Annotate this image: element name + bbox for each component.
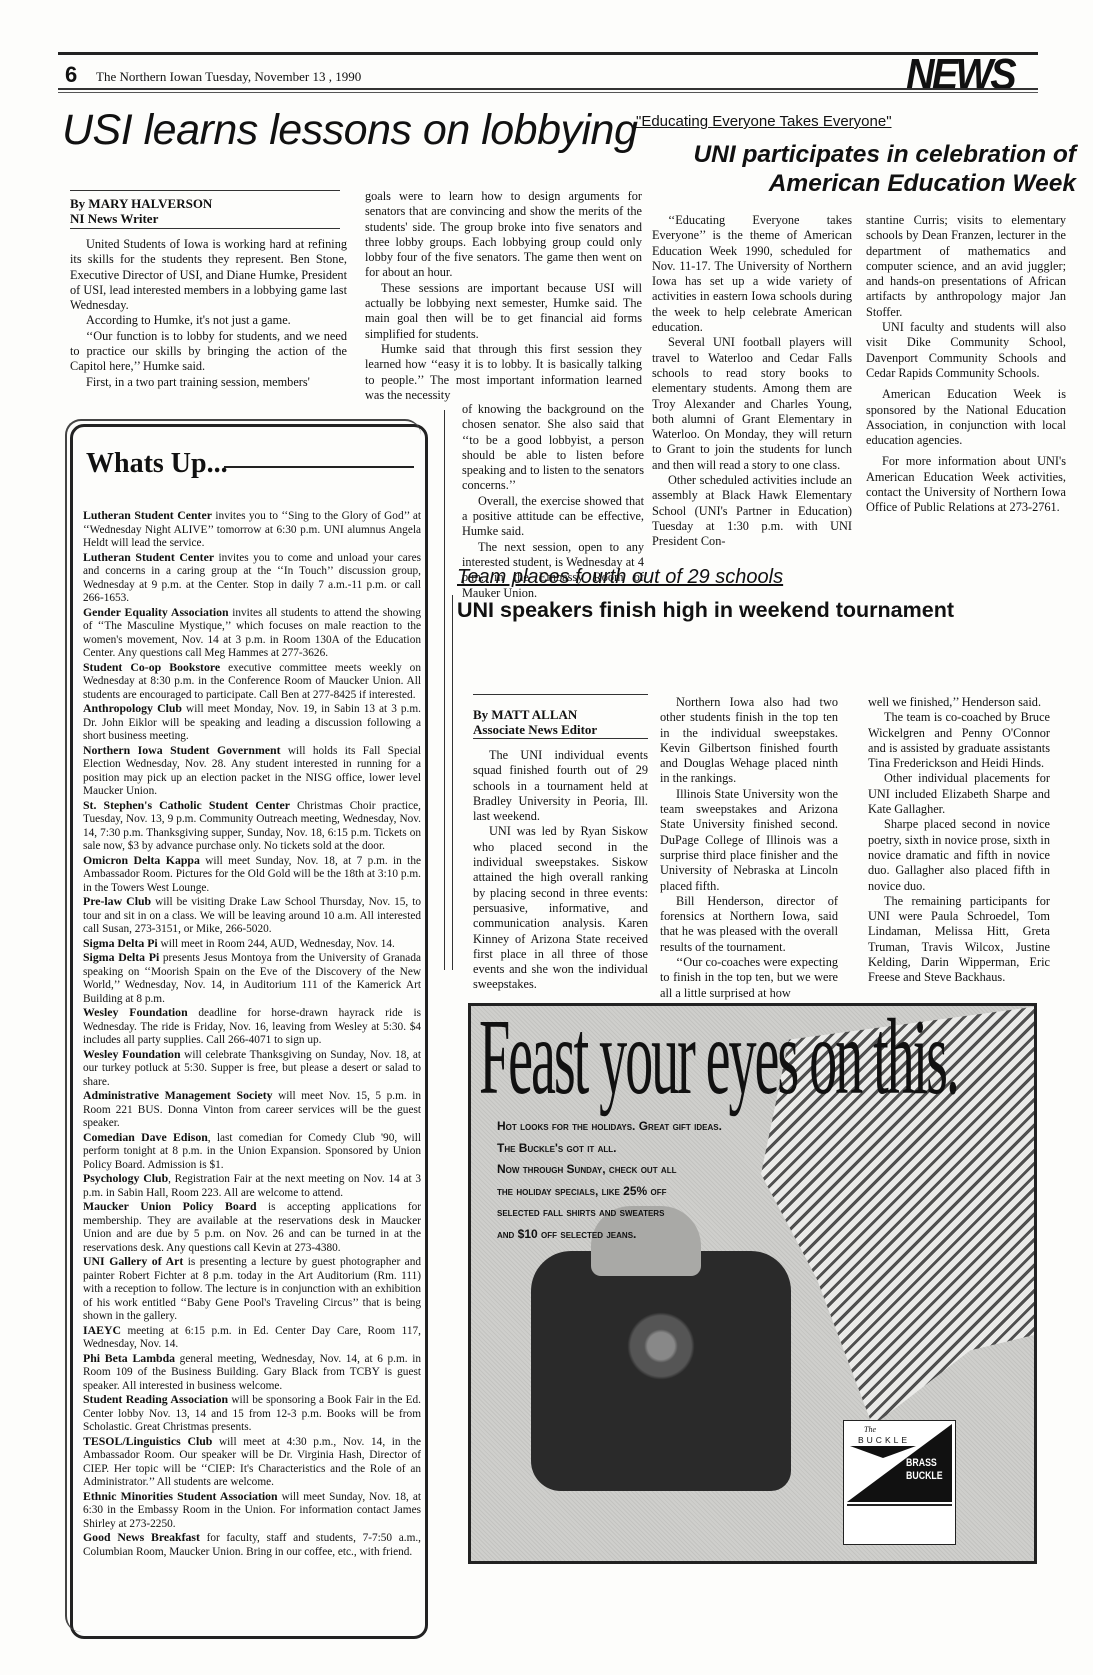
list-item: Gender Equality Association invites all … (83, 606, 421, 661)
speech-column-2: Northern Iowa also had two other student… (660, 695, 838, 1001)
aew-column-1: ‘‘Educating Everyone takes Everyone’’ is… (652, 213, 852, 550)
byline-rule (70, 190, 340, 191)
list-item: Pre-law Club will be visiting Drake Law … (83, 895, 421, 937)
list-item: Student Co-op Bookstore executive commit… (83, 661, 421, 703)
paragraph: Humke said that through this first sessi… (365, 342, 642, 403)
aew-column-2: stantine Curris; visits to elementary sc… (866, 213, 1066, 516)
list-item: Anthropology Club will meet Monday, Nov.… (83, 702, 421, 744)
paragraph: of knowing the background on the chosen … (462, 402, 644, 494)
usi-byline: By MARY HALVERSON NI News Writer (70, 196, 212, 226)
paragraph: Illinois State University won the team s… (660, 787, 838, 894)
list-item: Ethnic Minorities Student Association wi… (83, 1490, 421, 1532)
paragraph: Several UNI football players will travel… (652, 335, 852, 473)
aew-headline: UNI participates in celebration of Ameri… (636, 140, 1076, 198)
team-headline: UNI speakers finish high in weekend tour… (457, 598, 954, 623)
byline-title: Associate News Editor (473, 722, 597, 737)
paragraph: ‘‘Educating Everyone takes Everyone’’ is… (652, 213, 852, 335)
list-item: Wesley Foundation will celebrate Thanksg… (83, 1048, 421, 1090)
ad-copy-line: The Buckle's got it all. (497, 1138, 722, 1160)
whats-up-title: Whats Up... (86, 448, 228, 480)
ad-copy-line: and $10 off selected jeans. (497, 1224, 722, 1246)
usi-headline: USI learns lessons on lobbying (62, 106, 637, 155)
list-item: IAEYC meeting at 6:15 p.m. in Ed. Center… (83, 1324, 421, 1352)
issue-date: Tuesday, November 13 , 1990 (205, 69, 361, 84)
paragraph: According to Humke, it's not just a game… (70, 313, 347, 328)
whats-up-list: Lutheran Student Center invites you to ‘… (83, 509, 421, 1559)
paragraph: Sharpe placed second in novice poetry, s… (868, 817, 1050, 893)
list-item: Comedian Dave Edison, last comedian for … (83, 1131, 421, 1173)
paragraph: United Students of Iowa is working hard … (70, 237, 347, 313)
byline-rule (473, 694, 648, 695)
ad-copy-line: Now through Sunday, check out all (497, 1159, 722, 1181)
paragraph: stantine Curris; visits to elementary sc… (866, 213, 1066, 320)
paragraph: Other individual placements for UNI incl… (868, 771, 1050, 817)
buckle-advertisement: Feast your eyes on this. Hot looks for t… (468, 1003, 1037, 1564)
paragraph: American Education Week is sponsored by … (866, 387, 1066, 448)
buckle-logo: The BUCKLE BRASS BUCKLE (843, 1420, 956, 1545)
paragraph: Northern Iowa also had two other student… (660, 695, 838, 787)
list-item: Phi Beta Lambda general meeting, Wednesd… (83, 1352, 421, 1394)
list-item: Omicron Delta Kappa will meet Sunday, No… (83, 854, 421, 896)
logo-brass-buckle: BRASS BUCKLE (906, 1457, 943, 1483)
usi-column-2: goals were to learn how to design argume… (365, 189, 642, 403)
speech-byline: By MATT ALLAN Associate News Editor (473, 707, 597, 737)
column-divider (444, 410, 445, 970)
paragraph: Other scheduled activities include an as… (652, 473, 852, 549)
ad-copy: Hot looks for the holidays. Great gift i… (497, 1116, 722, 1245)
list-item: Lutheran Student Center invites you to c… (83, 551, 421, 606)
paragraph: The UNI individual events squad finished… (473, 748, 648, 824)
speech-column-1: The UNI individual events squad finished… (473, 748, 648, 993)
publication-name: The Northern Iowan (96, 69, 202, 84)
paragraph: ‘‘Our function is to lobby for students,… (70, 329, 347, 375)
ad-copy-line: the holiday specials, like 25% off (497, 1181, 722, 1203)
list-item: UNI Gallery of Art is presenting a lectu… (83, 1255, 421, 1324)
paragraph: UNI was led by Ryan Siskow who placed se… (473, 824, 648, 992)
paragraph: well we finished,’’ Henderson said. (868, 695, 1050, 710)
logo-buckle: BUCKLE (858, 1435, 910, 1445)
aew-kicker: "Educating Everyone Takes Everyone" (636, 113, 892, 130)
page-number: 6 (65, 62, 77, 88)
team-kicker: Team places fourth out of 29 schools (457, 566, 783, 589)
byline-rule (70, 228, 340, 229)
usi-column-1: United Students of Iowa is working hard … (70, 237, 347, 390)
list-item: Lutheran Student Center invites you to ‘… (83, 509, 421, 551)
whats-up-title-rule (224, 466, 414, 468)
list-item: Psychology Club, Registration Fair at th… (83, 1172, 421, 1200)
byline-rule (473, 738, 648, 739)
sweater-photo-dark (531, 1251, 791, 1491)
list-item: Administrative Management Society will m… (83, 1089, 421, 1131)
paragraph: First, in a two part training session, m… (70, 375, 347, 390)
ad-copy-line: Hot looks for the holidays. Great gift i… (497, 1116, 722, 1138)
list-item: Wesley Foundation deadline for horse-dra… (83, 1006, 421, 1048)
logo-the: The (864, 1425, 876, 1434)
paragraph: Overall, the exercise showed that a posi… (462, 494, 644, 540)
speech-column-3: well we finished,’’ Henderson said. The … (868, 695, 1050, 986)
paragraph: ‘‘Our co-coaches were expecting to finis… (660, 955, 838, 1001)
publication-dateline: The Northern Iowan Tuesday, November 13 … (96, 69, 361, 85)
paragraph: For more information about UNI's America… (866, 454, 1066, 515)
masthead-rule-bottom (58, 88, 1038, 90)
list-item: St. Stephen's Catholic Student Center Ch… (83, 799, 421, 854)
ad-copy-line: selected fall shirts and sweaters (497, 1202, 722, 1224)
list-item: Northern Iowa Student Government will ho… (83, 744, 421, 799)
paragraph: The team is co-coached by Bruce Wickelgr… (868, 710, 1050, 771)
list-item: Good News Breakfast for faculty, staff a… (83, 1531, 421, 1559)
list-item: Student Reading Association will be spon… (83, 1393, 421, 1435)
byline-title: NI News Writer (70, 211, 212, 226)
list-item: Maucker Union Policy Board is accepting … (83, 1200, 421, 1255)
masthead-rule-bottom-thin (58, 92, 1038, 93)
paragraph: The remaining participants for UNI were … (868, 894, 1050, 986)
sweater-floral-pattern (611, 1301, 711, 1391)
byline-name: By MARY HALVERSON (70, 196, 212, 211)
masthead-rule-top (58, 52, 1038, 55)
paragraph: UNI faculty and students will also visit… (866, 320, 1066, 381)
paragraph: These sessions are important because USI… (365, 281, 642, 342)
paragraph: Bill Henderson, director of forensics at… (660, 894, 838, 955)
column-divider (452, 595, 453, 970)
list-item: Sigma Delta Pi will meet in Room 244, AU… (83, 937, 421, 952)
paragraph: goals were to learn how to design argume… (365, 189, 642, 281)
ad-headline: Feast your eyes on this. (479, 1003, 958, 1120)
byline-name: By MATT ALLAN (473, 707, 597, 722)
logo-address-box (847, 1504, 952, 1542)
list-item: TESOL/Linguistics Club will meet at 4:30… (83, 1435, 421, 1490)
list-item: Sigma Delta Pi presents Jesus Montoya fr… (83, 951, 421, 1006)
